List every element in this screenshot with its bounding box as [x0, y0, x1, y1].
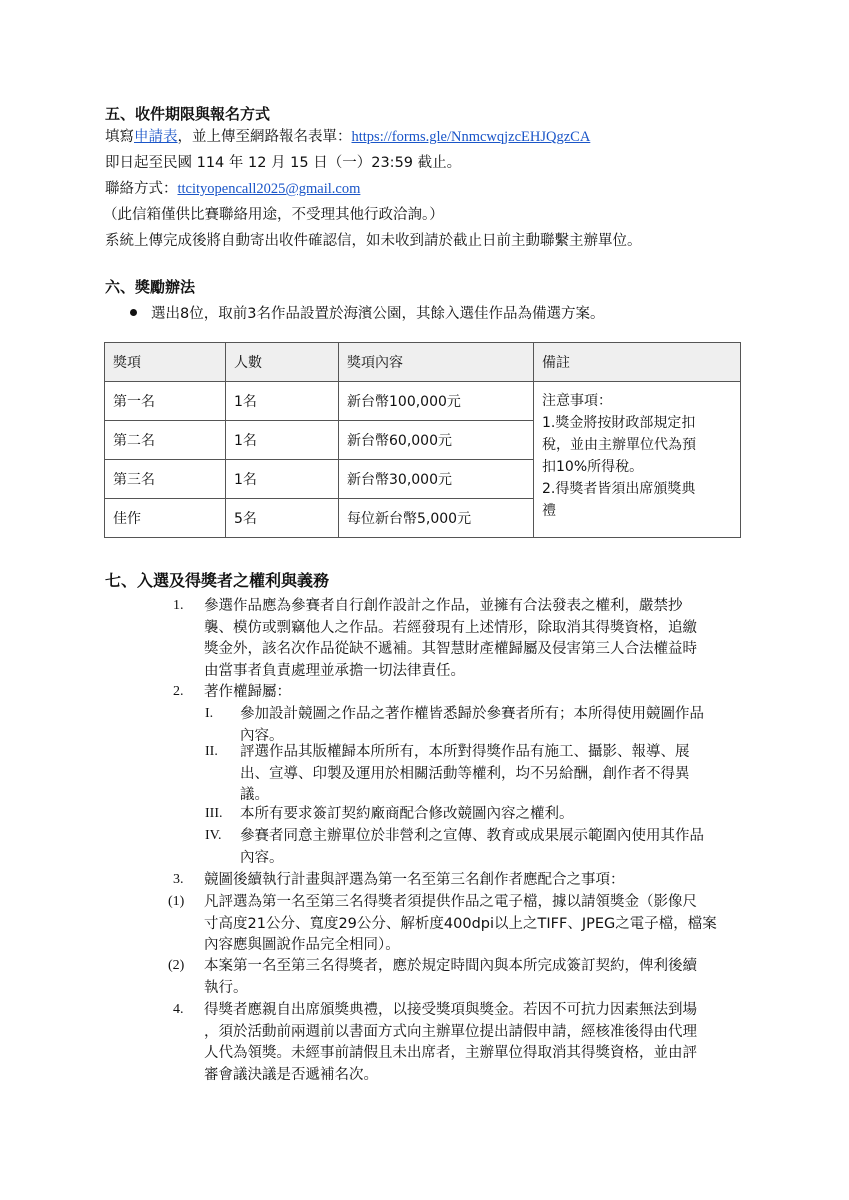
section7-heading: 七、入選及得獎者之權利與義務: [105, 568, 329, 591]
table-cell: 1名: [226, 460, 339, 499]
text-line: 獎金外，該名次作品從缺不遞補。其智慧財產權歸屬及侵害第三人合法權益時: [204, 639, 697, 661]
text-line: 評選作品其版權歸本所所有，本所對得獎作品有施工、攝影、報導、展: [240, 742, 690, 764]
text-line: 得獎者應親自出席頒獎典禮，以接受獎項與獎金。若因不可抗力因素無法到場: [204, 1000, 697, 1022]
sub-number: III.: [205, 806, 223, 822]
text: 聯絡方式：: [105, 181, 178, 197]
table-cell: 新台幣100,000元: [339, 382, 534, 421]
text-line: 出、宣導、印製及運用於相關活動等權利，均不另給酬，創作者不得異: [240, 764, 690, 786]
list-item: 參選作品應為參賽者自行創作設計之作品，並擁有合法發表之權利，嚴禁抄 襲、模仿或剽…: [204, 596, 697, 682]
sub-item: 參賽者同意主辦單位於非營利之宣傳、教育或成果展示範圍內使用其作品 內容。: [240, 826, 704, 869]
awards-table: 獎項 人數 獎項內容 備註 第一名 1名 新台幣100,000元 注意事項： 1…: [104, 342, 741, 538]
table-cell: 5名: [226, 499, 339, 538]
section6-bullet: 選出8位，取前3名作品設置於海濱公園，其餘入選佳作品為備選方案。: [130, 302, 604, 323]
text: 填寫: [105, 129, 134, 145]
text-line: 本案第一名至第三名得獎者，應於規定時間內與本所完成簽訂契約，俾利後續: [204, 956, 697, 978]
list-number: 4.: [173, 1002, 184, 1018]
table-header: 備註: [534, 343, 741, 382]
list-number: 3.: [173, 872, 184, 888]
list-item-title: 著作權歸屬：: [204, 682, 291, 704]
section5-deadline: 即日起至民國 114 年 12 月 15 日（一）23:59 截止。: [105, 153, 461, 173]
note-line: 扣10%所得稅。: [542, 456, 732, 478]
text-line: 人代為領獎。未經事前請假且未出席者，主辦單位得取消其得獎資格，並由評: [204, 1043, 697, 1065]
note-line: 禮: [542, 500, 732, 522]
list-item-title: 競圖後續執行計畫與評選為第一名至第三名創作者應配合之事項：: [204, 870, 625, 892]
list-item: 得獎者應親自出席頒獎典禮，以接受獎項與獎金。若因不可抗力因素無法到場 ，須於活動…: [204, 1000, 697, 1086]
document-page: 五、收件期限與報名方式 填寫申請表，並上傳至網路報名表單：https://for…: [0, 0, 849, 1200]
table-header: 人數: [226, 343, 339, 382]
list-number: 2.: [173, 684, 184, 700]
sub-number: (1): [168, 894, 184, 910]
application-form-link[interactable]: 申請表: [134, 129, 178, 145]
text-line: 參賽者同意主辦單位於非營利之宣傳、教育或成果展示範圍內使用其作品: [240, 826, 704, 848]
sub-number: IV.: [205, 828, 221, 844]
sub-number: I.: [205, 706, 213, 722]
section5-contact: 聯絡方式：ttcityopencall2025@gmail.com: [105, 179, 360, 199]
table-header: 獎項內容: [339, 343, 534, 382]
text-line: 內容應與圖說作品完全相同）。: [204, 935, 717, 957]
table-cell: 新台幣30,000元: [339, 460, 534, 499]
sub-item: 評選作品其版權歸本所所有，本所對得獎作品有施工、攝影、報導、展 出、宣導、印製及…: [240, 742, 690, 807]
note-line: 稅，並由主辦單位代為預: [542, 434, 732, 456]
table-header: 獎項: [105, 343, 226, 382]
sub-item: 本案第一名至第三名得獎者，應於規定時間內與本所完成簽訂契約，俾利後續 執行。: [204, 956, 697, 999]
section5-line1: 填寫申請表，並上傳至網路報名表單：https://forms.gle/Nnmcw…: [105, 127, 590, 147]
sub-item: 凡評選為第一名至第三名得獎者須提供作品之電子檔，據以請領獎金（影像尺 寸高度21…: [204, 892, 717, 957]
note-line: 1.獎金將按財政部規定扣: [542, 412, 732, 434]
list-number: 1.: [173, 598, 184, 614]
contact-email-link[interactable]: ttcityopencall2025@gmail.com: [178, 181, 361, 197]
table-cell: 第二名: [105, 421, 226, 460]
section6-heading: 六、獎勵辦法: [105, 276, 195, 297]
sub-number: (2): [168, 958, 184, 974]
table-cell: 新台幣60,000元: [339, 421, 534, 460]
table-cell: 佳作: [105, 499, 226, 538]
text-line: 本所有要求簽訂契約廠商配合修改競圖內容之權利。: [240, 804, 574, 826]
table-header-row: 獎項 人數 獎項內容 備註: [105, 343, 741, 382]
text-line: 內容。: [240, 848, 704, 870]
sub-item: 本所有要求簽訂契約廠商配合修改競圖內容之權利。: [240, 804, 574, 826]
text-line: ，須於活動前兩週前以書面方式向主辦單位提出請假申請，經核准後得由代理: [204, 1022, 697, 1044]
section5-heading: 五、收件期限與報名方式: [105, 103, 270, 124]
text-line: 寸高度21公分、寬度29公分、解析度400dpi以上之TIFF、JPEG之電子檔…: [204, 914, 717, 936]
table-cell: 第一名: [105, 382, 226, 421]
text-line: 執行。: [204, 978, 697, 1000]
text-line: 參選作品應為參賽者自行創作設計之作品，並擁有合法發表之權利，嚴禁抄: [204, 596, 697, 618]
bullet-icon: [130, 309, 137, 316]
sub-item: 參加設計競圖之作品之著作權皆悉歸於參賽者所有；本所得使用競圖作品 內容。: [240, 704, 704, 747]
table-row: 第一名 1名 新台幣100,000元 注意事項： 1.獎金將按財政部規定扣 稅，…: [105, 382, 741, 421]
table-note-cell: 注意事項： 1.獎金將按財政部規定扣 稅，並由主辦單位代為預 扣10%所得稅。 …: [534, 382, 741, 538]
table-cell: 1名: [226, 421, 339, 460]
text: 選出8位，取前3名作品設置於海濱公園，其餘入選佳作品為備選方案。: [151, 306, 604, 322]
text-line: 參加設計競圖之作品之著作權皆悉歸於參賽者所有；本所得使用競圖作品: [240, 704, 704, 726]
table-cell: 1名: [226, 382, 339, 421]
sub-number: II.: [205, 744, 218, 760]
text-line: 由當事者負責處理並承擔一切法律責任。: [204, 661, 697, 683]
section5-note: （此信箱僅供比賽聯絡用途，不受理其他行政洽詢。）: [103, 205, 444, 225]
text-line: 襲、模仿或剽竊他人之作品。若經發現有上述情形，除取消其得獎資格，追繳: [204, 618, 697, 640]
note-line: 注意事項：: [542, 390, 732, 412]
text-line: 審會議決議是否遞補名次。: [204, 1065, 697, 1087]
form-url-link[interactable]: https://forms.gle/NnmcwqjzcEHJQgzCA: [352, 129, 591, 145]
note-line: 2.得獎者皆須出席頒獎典: [542, 478, 732, 500]
text: ，並上傳至網路報名表單：: [178, 129, 352, 145]
table-cell: 每位新台幣5,000元: [339, 499, 534, 538]
text-line: 凡評選為第一名至第三名得獎者須提供作品之電子檔，據以請領獎金（影像尺: [204, 892, 717, 914]
table-cell: 第三名: [105, 460, 226, 499]
section5-confirm: 系統上傳完成後將自動寄出收件確認信，如未收到請於截止日前主動聯繫主辦單位。: [105, 231, 642, 251]
